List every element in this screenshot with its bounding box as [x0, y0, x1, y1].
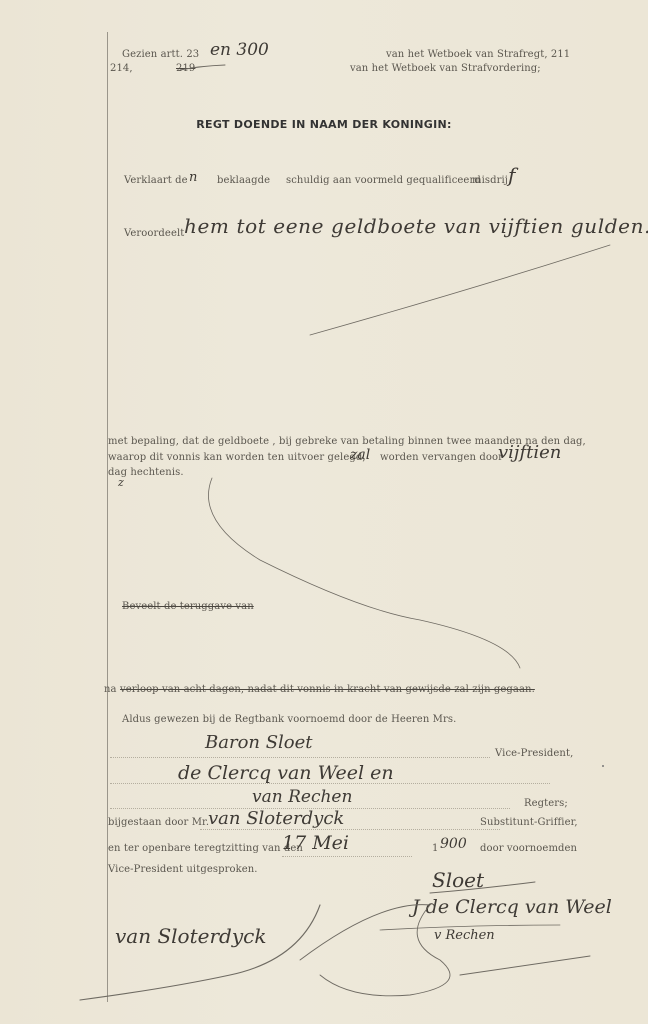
articles-suffix: van het Wetboek van Strafvordering;: [350, 63, 541, 74]
bepaling-line-2-prefix: waarop dit vonnis kan worden ten uitvoer…: [108, 452, 366, 463]
verklaart-label: Verklaart de: [124, 175, 188, 186]
verklaart-misdrij: misdrij: [472, 175, 508, 186]
gezien-suffix: van het Wetboek van Strafregt, 211: [386, 49, 570, 60]
uitgesproken-line: Vice-President uitgesproken.: [108, 864, 258, 875]
na-verloop-struck: verloop van acht dagen, nadat dit vonnis…: [120, 684, 535, 695]
veroordeelt-label: Veroordeelt: [124, 228, 184, 239]
verklaart-handwritten: n: [189, 170, 197, 185]
vice-president-label: Vice-President,: [495, 748, 573, 759]
bepaling-handwritten-zal: zal: [350, 447, 370, 463]
regter-1-name: de Clercq van Weel en: [178, 762, 394, 784]
beveelt-struck: Beveelt de teruggave van: [122, 601, 254, 612]
dotted-line: [282, 856, 412, 857]
bepaling-handwritten-vijftien: vijftien: [498, 442, 561, 463]
regter-2-name: van Rechen: [252, 787, 352, 807]
aldus-line: Aldus gewezen bij de Regtbank voornoemd …: [122, 714, 456, 725]
signature-3: van Sloterdyck: [115, 924, 266, 948]
griffier-prefix: bijgestaan door Mr.: [108, 817, 209, 828]
signature-2: J de Clercq van Weel: [412, 896, 612, 918]
signature-1: Sloet: [432, 868, 484, 892]
bepaling-line-2-middle: worden vervangen door: [380, 452, 503, 463]
dotted-line: [200, 829, 500, 830]
bepaling-mark: z: [118, 476, 124, 489]
zitting-year-handwritten: 900: [440, 836, 467, 852]
verklaart-beklaagde: beklaagde: [217, 175, 270, 186]
regters-label: Regters;: [524, 798, 568, 809]
articles-struck: 219: [176, 63, 195, 74]
margin-rule: [107, 32, 108, 1002]
zitting-prefix: en ter openbare teregtzitting van den: [108, 843, 303, 854]
articles-prefix: 214,: [110, 63, 133, 74]
document-heading: REGT DOENDE IN NAAM DER KONINGIN:: [0, 118, 648, 131]
vice-president-name: Baron Sloet: [205, 732, 313, 753]
verklaart-schuldig: schuldig aan voormeld gequalificeerd: [286, 175, 481, 186]
veroordeelt-handwritten: hem tot eene geldboete van vijftien guld…: [184, 214, 648, 238]
zitting-year-printed: 1: [432, 843, 438, 854]
ink-flourishes: [0, 0, 648, 1024]
document-page: Gezien artt. 23 en 300 van het Wetboek v…: [0, 0, 648, 1024]
gezien-handwritten: en 300: [210, 40, 269, 60]
na-prefix: na: [104, 684, 117, 695]
zitting-date: 17 Mei: [282, 832, 349, 854]
gezien-prefix: Gezien artt. 23: [122, 49, 199, 60]
griffier-name: van Sloterdyck: [208, 808, 344, 829]
griffier-label: Substitunt-Griffier,: [480, 817, 578, 828]
dotted-line: [110, 757, 490, 758]
zitting-suffix: door voornoemden: [480, 843, 577, 854]
verklaart-mark: f: [508, 163, 515, 187]
signature-4: v Rechen: [434, 928, 495, 943]
